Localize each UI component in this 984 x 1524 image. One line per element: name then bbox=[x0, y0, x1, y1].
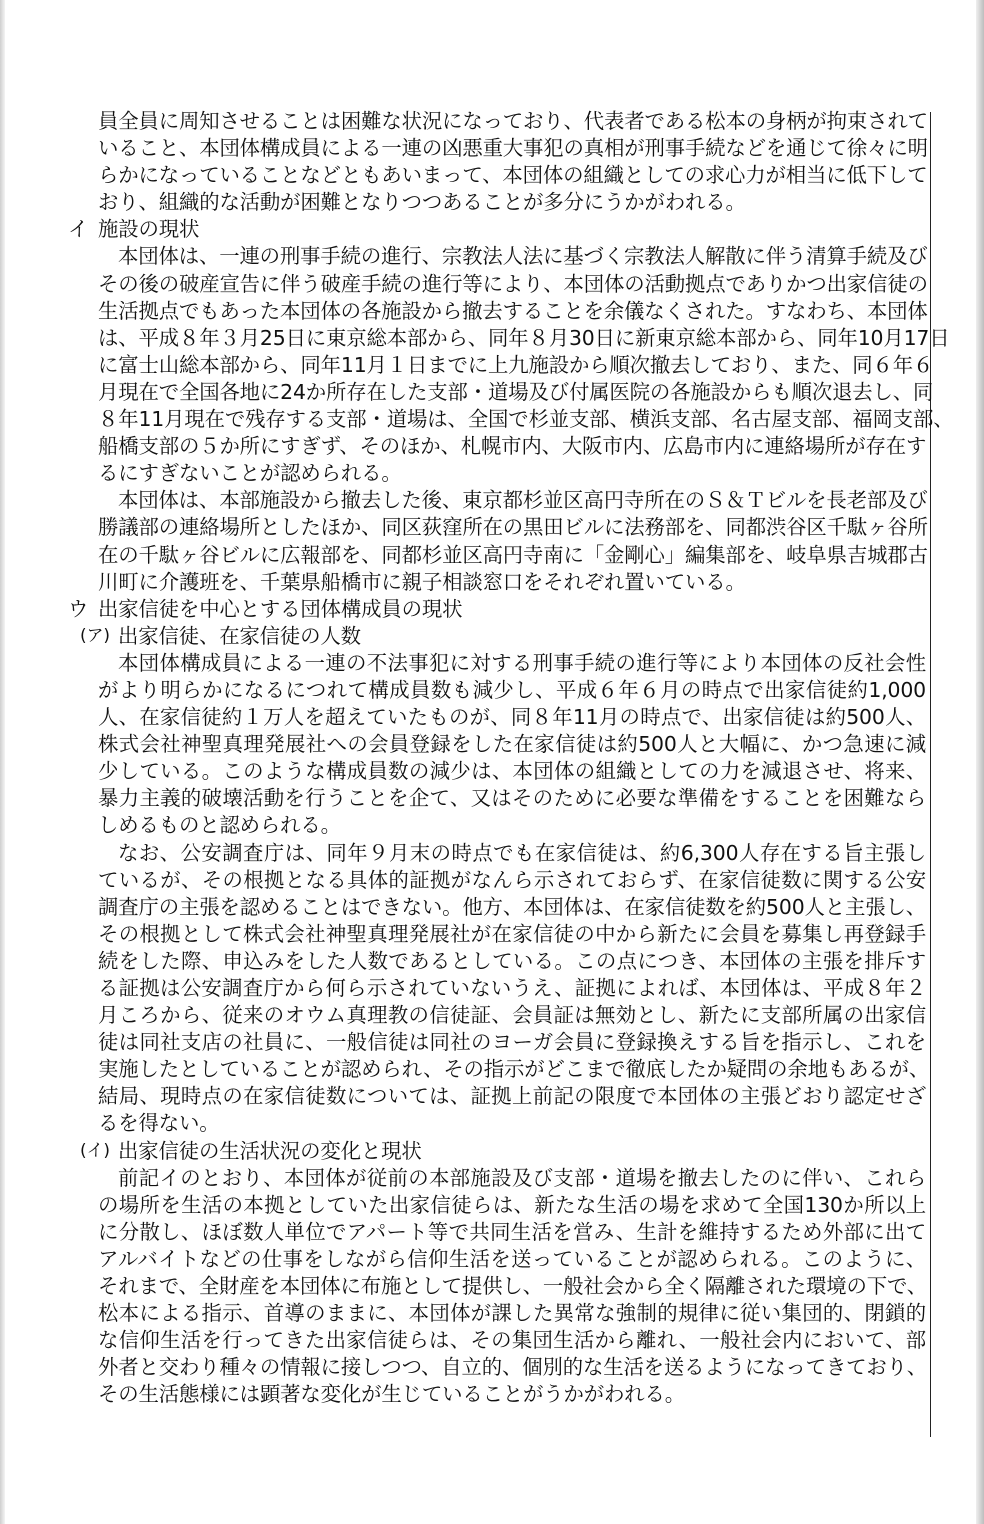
document-page: 員全員に周知させることは困難な状況になっており、代表者である松本の身柄が拘束され… bbox=[98, 108, 926, 1409]
subsection-heading-member-counts: (ア) 出家信徒、在家信徒の人数 bbox=[98, 623, 926, 650]
text-line: 勝議部の連絡場所としたほか、同区荻窪所在の黒田ビルに法務部を、同都渋谷区千駄ヶ谷… bbox=[98, 514, 926, 541]
subsection-title: 出家信徒の生活状況の変化と現状 bbox=[98, 1139, 422, 1163]
text-line: に分散し、ほぼ数人単位でアパート等で共同生活を営み、生計を維持するため外部に出て bbox=[98, 1219, 926, 1246]
text-line: ８年11月現在で残存する支部・道場は、全国で杉並支部、横浜支部、名古屋支部、福岡… bbox=[98, 406, 926, 433]
text-line: しめるものと認められる。 bbox=[98, 812, 926, 839]
section-title: 出家信徒を中心とする団体構成員の現状 bbox=[98, 597, 462, 621]
text-line: る証拠は公安調査庁から何ら示されていないうえ、証拠によれば、本団体は、平成８年２ bbox=[98, 975, 926, 1002]
text-line: 徒は同社支店の社員に、一般信徒は同社のヨーガ会員に登録換えする旨を指示し、これを bbox=[98, 1029, 926, 1056]
text-line: その生活態様には顕著な変化が生じていることがうかがわれる。 bbox=[98, 1381, 926, 1408]
text-line: に富士山総本部から、同年11月１日までに上九施設から順次撤去しており、また、同６… bbox=[98, 352, 926, 379]
facilities-paragraph-1: 本団体は、一連の刑事手続の進行、宗教法人法に基づく宗教法人解散に伴う清算手続及び… bbox=[98, 243, 926, 487]
text-line: 員全員に周知させることは困難な状況になっており、代表者である松本の身柄が拘束され… bbox=[98, 108, 926, 135]
text-line: 調査庁の主張を認めることはできない。他方、本団体は、在家信徒数を約500人と主張… bbox=[98, 894, 926, 921]
text-line: の場所を生活の本拠としていた出家信徒らは、新たな生活の場を求めて全国130か所以… bbox=[98, 1192, 926, 1219]
facilities-paragraph-2: 本団体は、本部施設から撤去した後、東京都杉並区高円寺所在のＳ＆Ｔビルを長老部及び… bbox=[98, 487, 926, 595]
section-heading-facilities: イ 施設の現状 bbox=[98, 216, 926, 243]
text-line: いること、本団体構成員による一連の凶悪重大事犯の真相が刑事手続などを通じて徐々に… bbox=[98, 135, 926, 162]
scan-edge-left bbox=[0, 0, 5, 1524]
text-line: 船橋支部の５か所にすぎず、そのほか、札幌市内、大阪市内、広島市内に連絡場所が存在… bbox=[98, 433, 926, 460]
continuation-paragraph: 員全員に周知させることは困難な状況になっており、代表者である松本の身柄が拘束され… bbox=[98, 108, 926, 216]
text-line: な信仰生活を行ってきた出家信徒らは、その集団生活から離れ、一般社会内において、部 bbox=[98, 1327, 926, 1354]
section-title: 施設の現状 bbox=[98, 217, 199, 241]
text-line: 川町に介護班を、千葉県船橋市に親子相談窓口をそれぞれ置いている。 bbox=[98, 569, 926, 596]
text-line: るにすぎないことが認められる。 bbox=[98, 460, 926, 487]
text-line: 暴力主義的破壊活動を行うことを企て、又はそのために必要な準備をすることを困難なら bbox=[98, 785, 926, 812]
text-line: 松本による指示、首導のままに、本団体が課した異常な強制的規律に従い集団的、閉鎖的 bbox=[98, 1300, 926, 1327]
text-line: ているが、その根拠となる具体的証拠がなんら示されておらず、在家信徒数に関する公安 bbox=[98, 867, 926, 894]
text-line: 実施したとしていることが認められ、その指示がどこまで徹底したか疑問の余地もあるが… bbox=[98, 1056, 926, 1083]
text-line: 本団体は、一連の刑事手続の進行、宗教法人法に基づく宗教法人解散に伴う清算手続及び bbox=[98, 243, 926, 270]
section-heading-members: ウ 出家信徒を中心とする団体構成員の現状 bbox=[98, 596, 926, 623]
subsection-marker: (イ) bbox=[80, 1138, 110, 1165]
text-line: は、平成８年３月25日に東京総本部から、同年８月30日に新東京総本部から、同年1… bbox=[98, 325, 926, 352]
text-line: 人、在家信徒約１万人を超えていたものが、同８年11月の時点で、出家信徒は約500… bbox=[98, 704, 926, 731]
subsection-title: 出家信徒、在家信徒の人数 bbox=[98, 624, 361, 648]
text-line: 在の千駄ヶ谷ビルに広報部を、同都杉並区高円寺南に「金剛心」編集部を、岐阜県吉城郡… bbox=[98, 542, 926, 569]
section-marker: イ bbox=[68, 216, 88, 243]
text-line: 少している。このような構成員数の減少は、本団体の組織としての力を減退させ、将来、 bbox=[98, 758, 926, 785]
text-line: 結局、現時点の在家信徒数については、証拠上前記の限度で本団体の主張どおり認定せざ bbox=[98, 1083, 926, 1110]
text-line: 前記イのとおり、本団体が従前の本部施設及び支部・道場を撤去したのに伴い、これら bbox=[98, 1165, 926, 1192]
margin-rule bbox=[930, 112, 931, 1437]
text-line: アルバイトなどの仕事をしながら信仰生活を送っていることが認められる。このように、 bbox=[98, 1246, 926, 1273]
scan-edge-right bbox=[976, 0, 984, 1524]
section-marker: ウ bbox=[68, 596, 88, 623]
text-line: 続をした際、申込みをした人数であるとしている。この点につき、本団体の主張を排斥す bbox=[98, 948, 926, 975]
text-line: 月現在で全国各地に24か所存在した支部・道場及び付属医院の各施設からも順次退去し… bbox=[98, 379, 926, 406]
text-line: その根拠として株式会社神聖真理発展社が在家信徒の中から新たに会員を募集し再登録手 bbox=[98, 921, 926, 948]
subsection-marker: (ア) bbox=[80, 623, 110, 650]
text-line: 外者と交わり種々の情報に接しつつ、自立的、個別的な生活を送るようになってきており… bbox=[98, 1354, 926, 1381]
text-line: るを得ない。 bbox=[98, 1110, 926, 1137]
text-line: らかになっていることなどともあいまって、本団体の組織としての求心力が相当に低下し… bbox=[98, 162, 926, 189]
text-line: 本団体構成員による一連の不法事犯に対する刑事手続の進行等により本団体の反社会性 bbox=[98, 650, 926, 677]
text-line: おり、組織的な活動が困難となりつつあることが多分にうかがわれる。 bbox=[98, 189, 926, 216]
member-counts-paragraph-2: なお、公安調査庁は、同年９月末の時点でも在家信徒は、約6,300人存在する旨主張… bbox=[98, 840, 926, 1138]
text-line: 株式会社神聖真理発展社への会員登録をした在家信徒は約500人と大幅に、かつ急速に… bbox=[98, 731, 926, 758]
text-line: その後の破産宣告に伴う破産手続の進行等により、本団体の活動拠点でありかつ出家信徒… bbox=[98, 271, 926, 298]
text-line: がより明らかになるにつれて構成員数も減少し、平成６年６月の時点で出家信徒約1,0… bbox=[98, 677, 926, 704]
text-line: 本団体は、本部施設から撤去した後、東京都杉並区高円寺所在のＳ＆Ｔビルを長老部及び bbox=[98, 487, 926, 514]
subsection-heading-living-conditions: (イ) 出家信徒の生活状況の変化と現状 bbox=[98, 1138, 926, 1165]
text-line: なお、公安調査庁は、同年９月末の時点でも在家信徒は、約6,300人存在する旨主張… bbox=[98, 840, 926, 867]
text-line: 生活拠点でもあった本団体の各施設から撤去することを余儀なくされた。すなわち、本団… bbox=[98, 298, 926, 325]
text-line: 月ころから、従来のオウム真理教の信徒証、会員証は無効とし、新たに支部所属の出家信 bbox=[98, 1002, 926, 1029]
member-counts-paragraph-1: 本団体構成員による一連の不法事犯に対する刑事手続の進行等により本団体の反社会性 … bbox=[98, 650, 926, 840]
living-conditions-paragraph-1: 前記イのとおり、本団体が従前の本部施設及び支部・道場を撤去したのに伴い、これら … bbox=[98, 1165, 926, 1409]
text-line: それまで、全財産を本団体に布施として提供し、一般社会から全く隔離された環境の下で… bbox=[98, 1273, 926, 1300]
